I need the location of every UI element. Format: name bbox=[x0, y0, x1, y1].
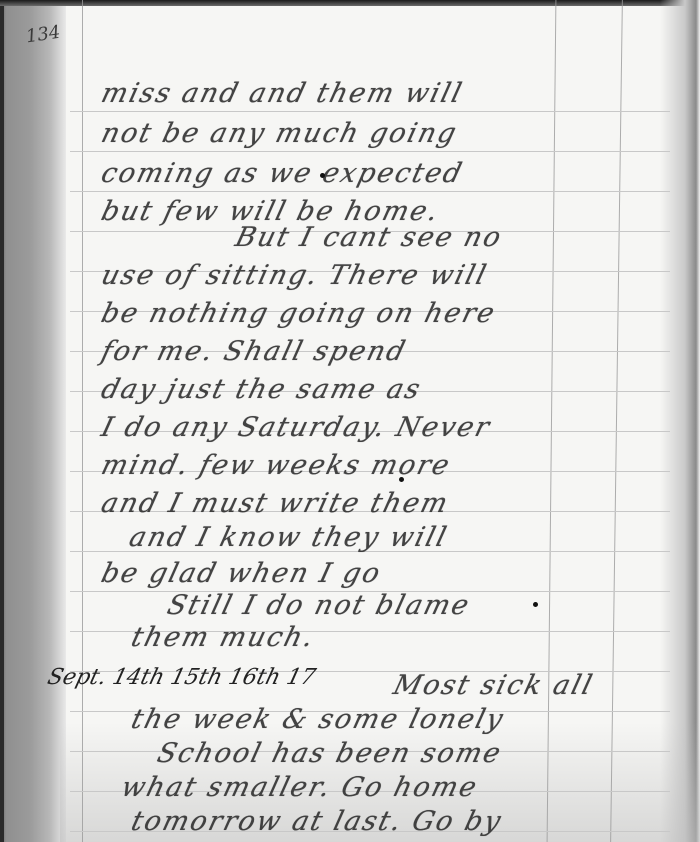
text-line: I do any Saturday. Never bbox=[98, 412, 494, 443]
text-line: and I know they will bbox=[126, 522, 451, 553]
text-line: day just the same as bbox=[98, 374, 425, 405]
top-page-edge bbox=[0, 0, 700, 6]
text-line: for me. Shall spend bbox=[98, 336, 410, 367]
text-line: School has been some bbox=[154, 738, 505, 769]
binding-edge bbox=[0, 0, 4, 842]
text-line: miss and and them will bbox=[98, 78, 466, 109]
text-line: be glad when I go bbox=[98, 558, 385, 589]
text-line: use of sitting. There will bbox=[98, 260, 491, 291]
binding-gutter bbox=[0, 0, 66, 842]
column-rule-2 bbox=[610, 0, 623, 842]
ruled-line bbox=[70, 151, 670, 152]
text-line: what smaller. Go home bbox=[118, 772, 481, 803]
entry-date: Sept. 14th 15th 16th 17 bbox=[45, 665, 318, 690]
text-line: Still I do not blame bbox=[164, 590, 474, 621]
text-line: Most sick all bbox=[390, 670, 597, 701]
right-page-edge bbox=[660, 0, 700, 842]
ink-blot bbox=[320, 173, 325, 178]
column-rule-1 bbox=[547, 0, 557, 842]
text-line: them much. bbox=[128, 622, 318, 653]
text-line: the week & some lonely bbox=[128, 704, 508, 735]
text-line: and I must write them bbox=[98, 488, 452, 519]
diary-page: 134 miss and and them will not be any mu… bbox=[0, 0, 700, 842]
text-line: But I cant see no bbox=[232, 222, 506, 253]
left-margin-rule bbox=[82, 0, 83, 842]
text-line: tomorrow at last. Go by bbox=[128, 806, 506, 837]
text-line: be nothing going on here bbox=[98, 298, 499, 329]
ink-blot bbox=[533, 602, 538, 607]
text-line: coming as we expected bbox=[98, 158, 467, 189]
ruled-line bbox=[70, 111, 670, 112]
text-line: not be any much going bbox=[98, 118, 461, 149]
ink-blot bbox=[399, 477, 404, 482]
ruled-line bbox=[70, 191, 670, 192]
